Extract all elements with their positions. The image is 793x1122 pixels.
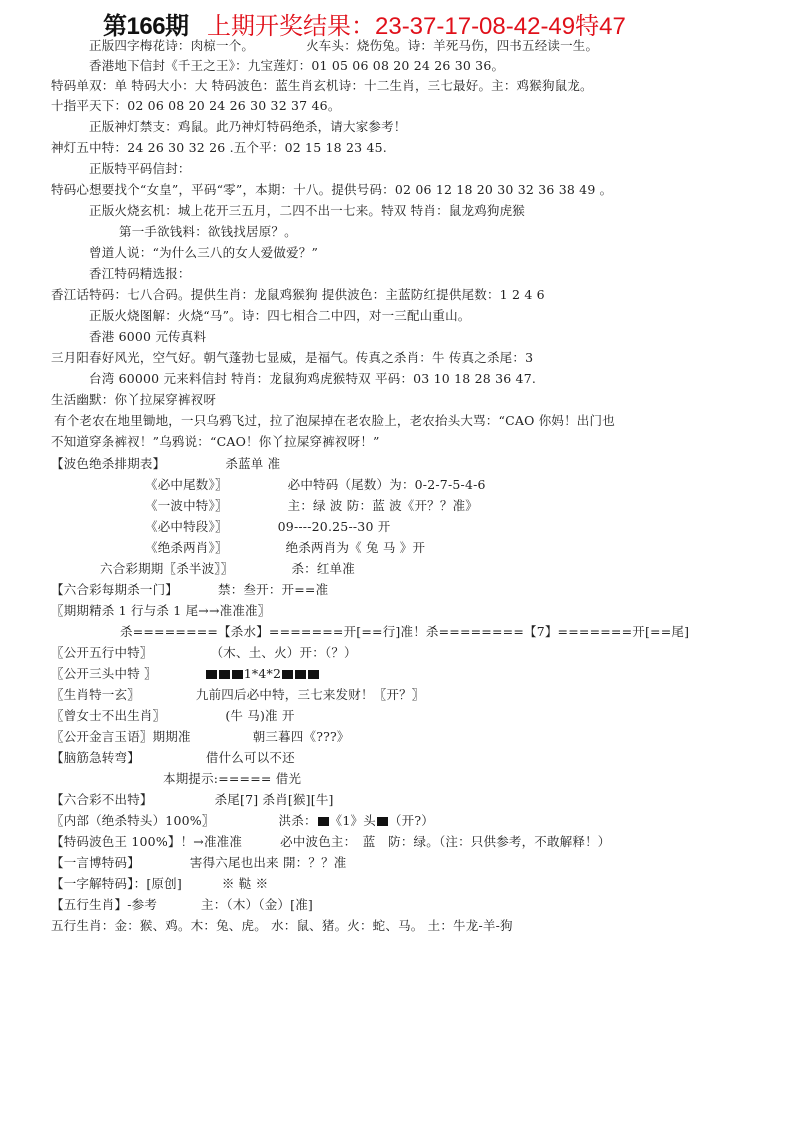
one-char-解: 【一字解特码】：[原创]※ 鞑 ※ <box>51 875 268 893</box>
first-hand: 第一手欲钱料：欲钱找居原？。 <box>119 223 297 241</box>
kill-half-wave: 六合彩期期〖杀半波〗〗杀：红单准 <box>100 560 355 578</box>
fire-mystery: 正版火烧玄机：城上花开三五月，二四不出一七来。特双 特肖：鼠龙鸡狗虎猴 <box>89 202 525 220</box>
three-heads: 〖公开三头中特 〗1*4*2 <box>51 665 320 683</box>
golden-words: 〖公开金言玉语〗期期准朝三暮四《???》 <box>51 728 350 746</box>
one-word-bet: 【一言博特码】害得六尾也出来 開：？？准 <box>51 854 346 872</box>
bar-icon <box>206 670 217 679</box>
hk-envelope: 香港地下信封《千王之王》：九宝莲灯：01 05 06 08 20 24 26 3… <box>89 57 504 75</box>
kill-two-zodiac: 《绝杀两肖》〗绝杀两肖为《 兔 马 》开 <box>145 539 425 557</box>
brain-teaser: 【脑筋急转弯】借什么可以不还 <box>51 749 295 767</box>
last-draw-result: 上期开奖结果：23-37-17-08-42-49特47 <box>207 6 626 41</box>
kill-row-tail: 〖期期精杀 1 行与杀 1 尾→→准准准〗 <box>51 602 270 620</box>
kill-water-line: 杀========【杀水】=======开[==行]准！杀========【7】… <box>120 623 689 641</box>
issue-title: 第166期 <box>103 6 189 41</box>
hk-words: 香江话特码：七八合码。提供生肖：龙鼠鸡猴狗 提供波色：主蓝防红提供尾数：1 2 … <box>51 286 545 304</box>
bar-icon <box>295 670 306 679</box>
hk-select-title: 香江特码精选报： <box>89 265 191 283</box>
humor-title: 生活幽默：你丫拉屎穿裤衩呀 <box>51 391 216 409</box>
bar-icon <box>219 670 230 679</box>
plum-poem-line: 正版四字梅花诗：肉椋一个。火车头：烧伤兔。诗：羊死马伤，四书五经读一生。 <box>89 37 598 55</box>
bar-icon <box>308 670 319 679</box>
five-elements-special: 〖公开五行中特〗（木、土、火）开：（？） <box>51 644 357 662</box>
hk-6000: 香港 6000 元传真料 <box>89 328 206 346</box>
bar-icon <box>232 670 243 679</box>
five-elements-list: 五行生肖：金：猴、鸡。木：兔、虎。 水：鼠、猪。火：蛇、马。 土：牛龙-羊-狗 <box>51 917 513 935</box>
internal-kill-head: 〖内部（绝杀特头）100%〗洪杀：《1》头（开?） <box>51 812 434 830</box>
plum-poem: 正版四字梅花诗：肉椋一个。 <box>89 38 254 53</box>
train-head: 火车头：烧伤兔。诗：羊死马伤，四书五经读一生。 <box>306 38 598 53</box>
zodiac-mystery: 〖生肖特一玄〗九前四后必中特，三七来发财！〖开？〗 <box>51 686 425 704</box>
kill-one-gate: 【六合彩每期杀一门】禁：叁开：开==准 <box>51 581 328 599</box>
zeng-said: 曾道人说：“为什么三八的女人爱做爱？” <box>89 244 318 262</box>
spring-poem: 三月阳春好风光，空气好。朝气蓬勃七显威，是福气。传真之杀肖：牛 传真之杀尾：3 <box>51 349 533 367</box>
hint-line: 本期提示:===== 借光 <box>163 770 301 788</box>
fire-diagram: 正版火烧图解：火烧“马”。诗：四七相合二中四，对一三配山重山。 <box>89 307 470 325</box>
madam-zeng: 〖曾女士不出生肖〗(牛 马)准 开 <box>51 707 295 725</box>
one-wave: 《一波中特》〗主：绿 波 防：蓝 波《开？？准》 <box>145 497 478 515</box>
special-queen: 特码心想要找个“女皇”，平码“零”，本期：十八。提供号码：02 06 12 18… <box>51 181 612 199</box>
wave-kill-table: 【波色绝杀排期表】杀蓝单 准 <box>51 455 280 473</box>
tail-numbers: 《必中尾数》〗必中特码（尾数）为：0-2-7-5-4-6 <box>145 476 486 494</box>
humor-body-2: 不知道穿条裤衩！”乌鸦说：“CAO！你丫拉屎穿裤衩呀！” <box>51 433 380 451</box>
humor-body-1: 有个老农在地里锄地，一只乌鸦飞过，拉了泡屎掉在老农脸上，老农抬头大骂：“CAO … <box>54 412 615 430</box>
taiwan-60000: 台湾 60000 元来料信封 特肖：龙鼠狗鸡虎猴特双 平码：03 10 18 2… <box>89 370 536 388</box>
lamp-five: 神灯五中特：24 26 30 32 26 .五个平：02 15 18 23 45… <box>51 139 387 157</box>
bar-icon <box>377 817 388 826</box>
wave-king: 【特码波色王 100%】！→准准准必中波色主： 蓝 防：绿。（注：只供参考，不敢… <box>51 833 611 851</box>
lamp-ban: 正版神灯禁支：鸡鼠。此乃神灯特码绝杀，请大家参考！ <box>89 118 407 136</box>
bar-icon <box>318 817 329 826</box>
no-special: 【六合彩不出特】杀尾[7] 杀肖[猴][牛] <box>51 791 334 809</box>
special-segment: 《必中特段》〗09----20.25--30 开 <box>145 518 390 536</box>
five-elements-zodiac: 【五行生肖】-参考主：（木）（金）[准] <box>51 896 313 914</box>
special-odd-even: 特码单双：单 特码大小：大 特码波色：蓝生肖玄机诗：十二生肖，三七最好。主：鸡猴… <box>51 77 593 95</box>
ten-fingers: 十指平天下：02 06 08 20 24 26 30 32 37 46。 <box>51 97 341 115</box>
bar-icon <box>282 670 293 679</box>
flat-envelope-title: 正版特平码信封： <box>89 160 191 178</box>
